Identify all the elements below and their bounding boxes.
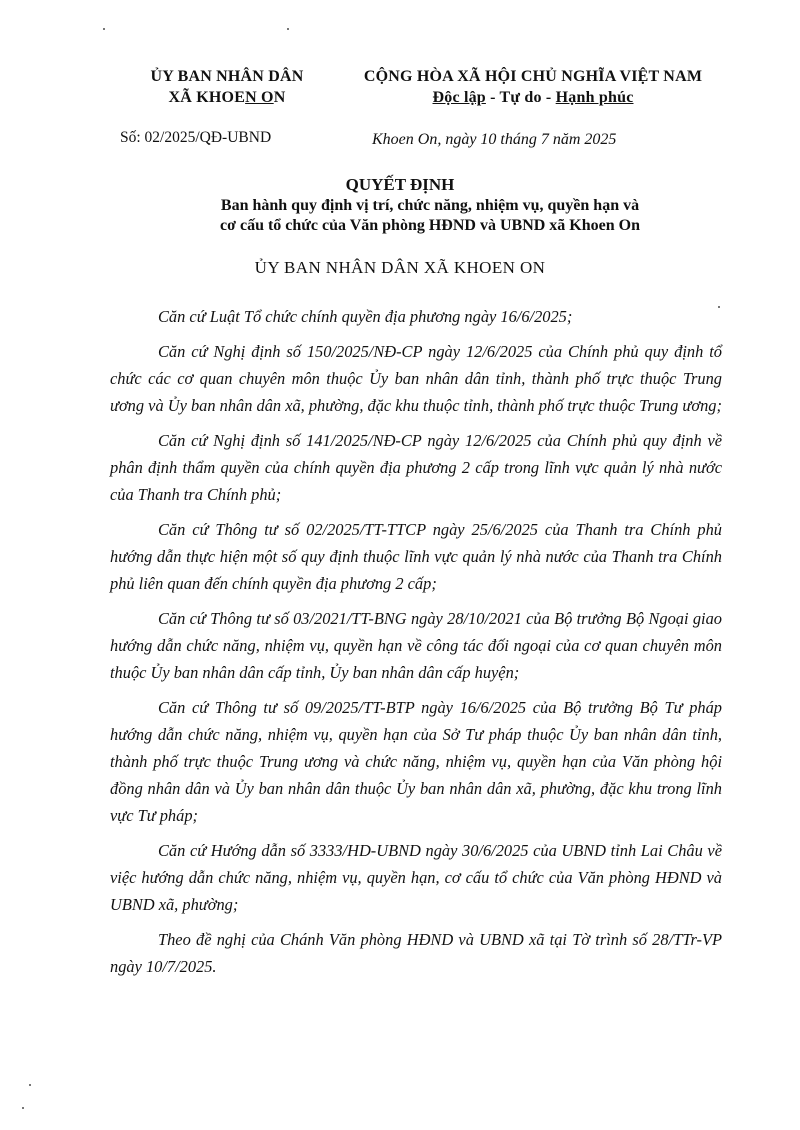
national-header-block: CỘNG HÒA XÃ HỘI CHỦ NGHĨA VIỆT NAM Độc l…: [318, 66, 748, 108]
legal-basis-paragraph: Căn cứ Thông tư số 03/2021/TT-BNG ngày 2…: [110, 606, 722, 686]
scan-speck: [29, 1084, 31, 1086]
document-subtitle: Ban hành quy định vị trí, chức năng, nhi…: [120, 196, 740, 236]
legal-basis-paragraph: Căn cứ Thông tư số 02/2025/TT-TTCP ngày …: [110, 517, 722, 597]
scan-speck: [103, 28, 105, 30]
legal-basis-paragraph: Căn cứ Thông tư số 09/2025/TT-BTP ngày 1…: [110, 695, 722, 829]
proposal-paragraph: Theo đề nghị của Chánh Văn phòng HĐND và…: [110, 927, 722, 981]
legal-basis-section: Căn cứ Luật Tổ chức chính quyền địa phươ…: [110, 304, 722, 989]
agency-name: ỦY BAN NHÂN DÂN: [112, 66, 342, 87]
commune-name: XÃ KHOEN ON: [112, 87, 342, 108]
legal-basis-paragraph: Căn cứ Hướng dẫn số 3333/HD-UBND ngày 30…: [110, 838, 722, 918]
subtitle-line-1: Ban hành quy định vị trí, chức năng, nhi…: [120, 196, 740, 216]
issuing-agency-block: ỦY BAN NHÂN DÂN XÃ KHOEN ON: [112, 66, 342, 108]
place-and-date: Khoen On, ngày 10 tháng 7 năm 2025: [372, 131, 616, 149]
legal-basis-paragraph: Căn cứ Luật Tổ chức chính quyền địa phươ…: [110, 304, 722, 331]
scan-speck: [287, 28, 289, 30]
subtitle-line-2: cơ cấu tổ chức của Văn phòng HĐND và UBN…: [120, 216, 740, 236]
issuing-authority: ỦY BAN NHÂN DÂN XÃ KHOEN ON: [0, 258, 800, 278]
document-title: QUYẾT ĐỊNH: [0, 175, 800, 195]
scan-speck: [22, 1107, 24, 1109]
document-number: Số: 02/2025/QĐ-UBND: [120, 129, 271, 147]
legal-basis-paragraph: Căn cứ Nghị định số 150/2025/NĐ-CP ngày …: [110, 339, 722, 419]
legal-basis-paragraph: Căn cứ Nghị định số 141/2025/NĐ-CP ngày …: [110, 428, 722, 508]
national-motto: Độc lập - Tự do - Hạnh phúc: [318, 87, 748, 108]
national-title: CỘNG HÒA XÃ HỘI CHỦ NGHĨA VIỆT NAM: [318, 66, 748, 87]
